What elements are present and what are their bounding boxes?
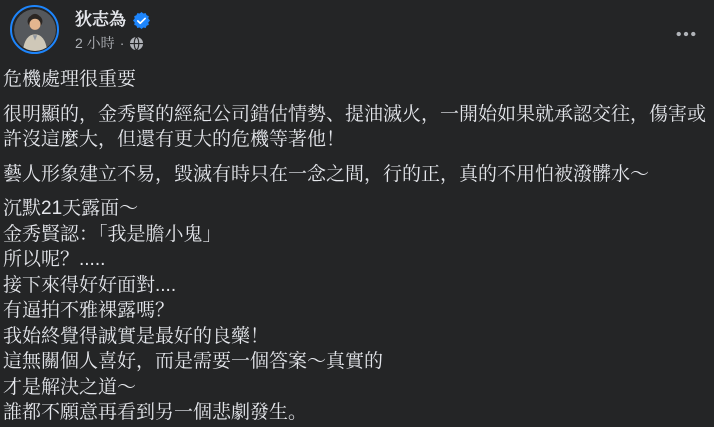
post-paragraph: 很明顯的，金秀賢的經紀公司錯估情勢、提油滅火，一開始如果就承認交往，傷害或許沒這…	[3, 102, 711, 153]
verified-badge-icon	[133, 12, 150, 29]
post-paragraph: 藝人形象建立不易，毀滅有時只在一念之間，行的正，真的不用怕被潑髒水～	[3, 162, 711, 188]
post-paragraph: 沉默21天露面～金秀賢認：「我是膽小鬼」所以呢？.....接下來得好好面對...…	[3, 196, 711, 426]
post-line: 我始終覺得誠實是最好的良藥！	[3, 324, 711, 350]
post-line: 危機處理很重要	[3, 67, 711, 93]
three-dots-icon	[676, 30, 696, 38]
post-line: 有逼拍不雅裸露嗎？	[3, 298, 711, 324]
meta-separator: ·	[120, 35, 125, 51]
post-line: 金秀賢認：「我是膽小鬼」	[3, 222, 711, 248]
post-paragraph: 危機處理很重要	[3, 67, 711, 93]
post-text: 危機處理很重要很明顯的，金秀賢的經紀公司錯估情勢、提油滅火，一開始如果就承認交往…	[0, 54, 714, 426]
more-options-button[interactable]	[670, 22, 702, 46]
post-line: 藝人形象建立不易，毀滅有時只在一念之間，行的正，真的不用怕被潑髒水～	[3, 162, 711, 188]
post-line: 接下來得好好面對....	[3, 273, 711, 299]
post-line: 誰都不願意再看到另一個悲劇發生。	[3, 400, 711, 426]
post-line: 這無關個人喜好，而是需要一個答案～真實的	[3, 349, 711, 375]
author-row: 狄志為	[75, 10, 150, 30]
post-line: 所以呢？.....	[3, 247, 711, 273]
post-line: 才是解決之道～	[3, 375, 711, 401]
facebook-post: 狄志為 2 小時 ·	[0, 0, 714, 427]
author-name[interactable]: 狄志為	[75, 10, 126, 30]
post-line: 很明顯的，金秀賢的經紀公司錯估情勢、提油滅火，一開始如果就承認交往，傷害或許沒這…	[3, 102, 711, 153]
post-line: 沉默21天露面～	[3, 196, 711, 222]
post-header: 狄志為 2 小時 ·	[0, 0, 714, 54]
header-text: 狄志為 2 小時 ·	[75, 5, 150, 51]
avatar[interactable]	[10, 5, 59, 54]
globe-icon	[129, 36, 144, 51]
timestamp[interactable]: 2 小時	[75, 35, 115, 51]
avatar-photo	[14, 9, 56, 51]
post-meta: 2 小時 ·	[75, 35, 150, 51]
